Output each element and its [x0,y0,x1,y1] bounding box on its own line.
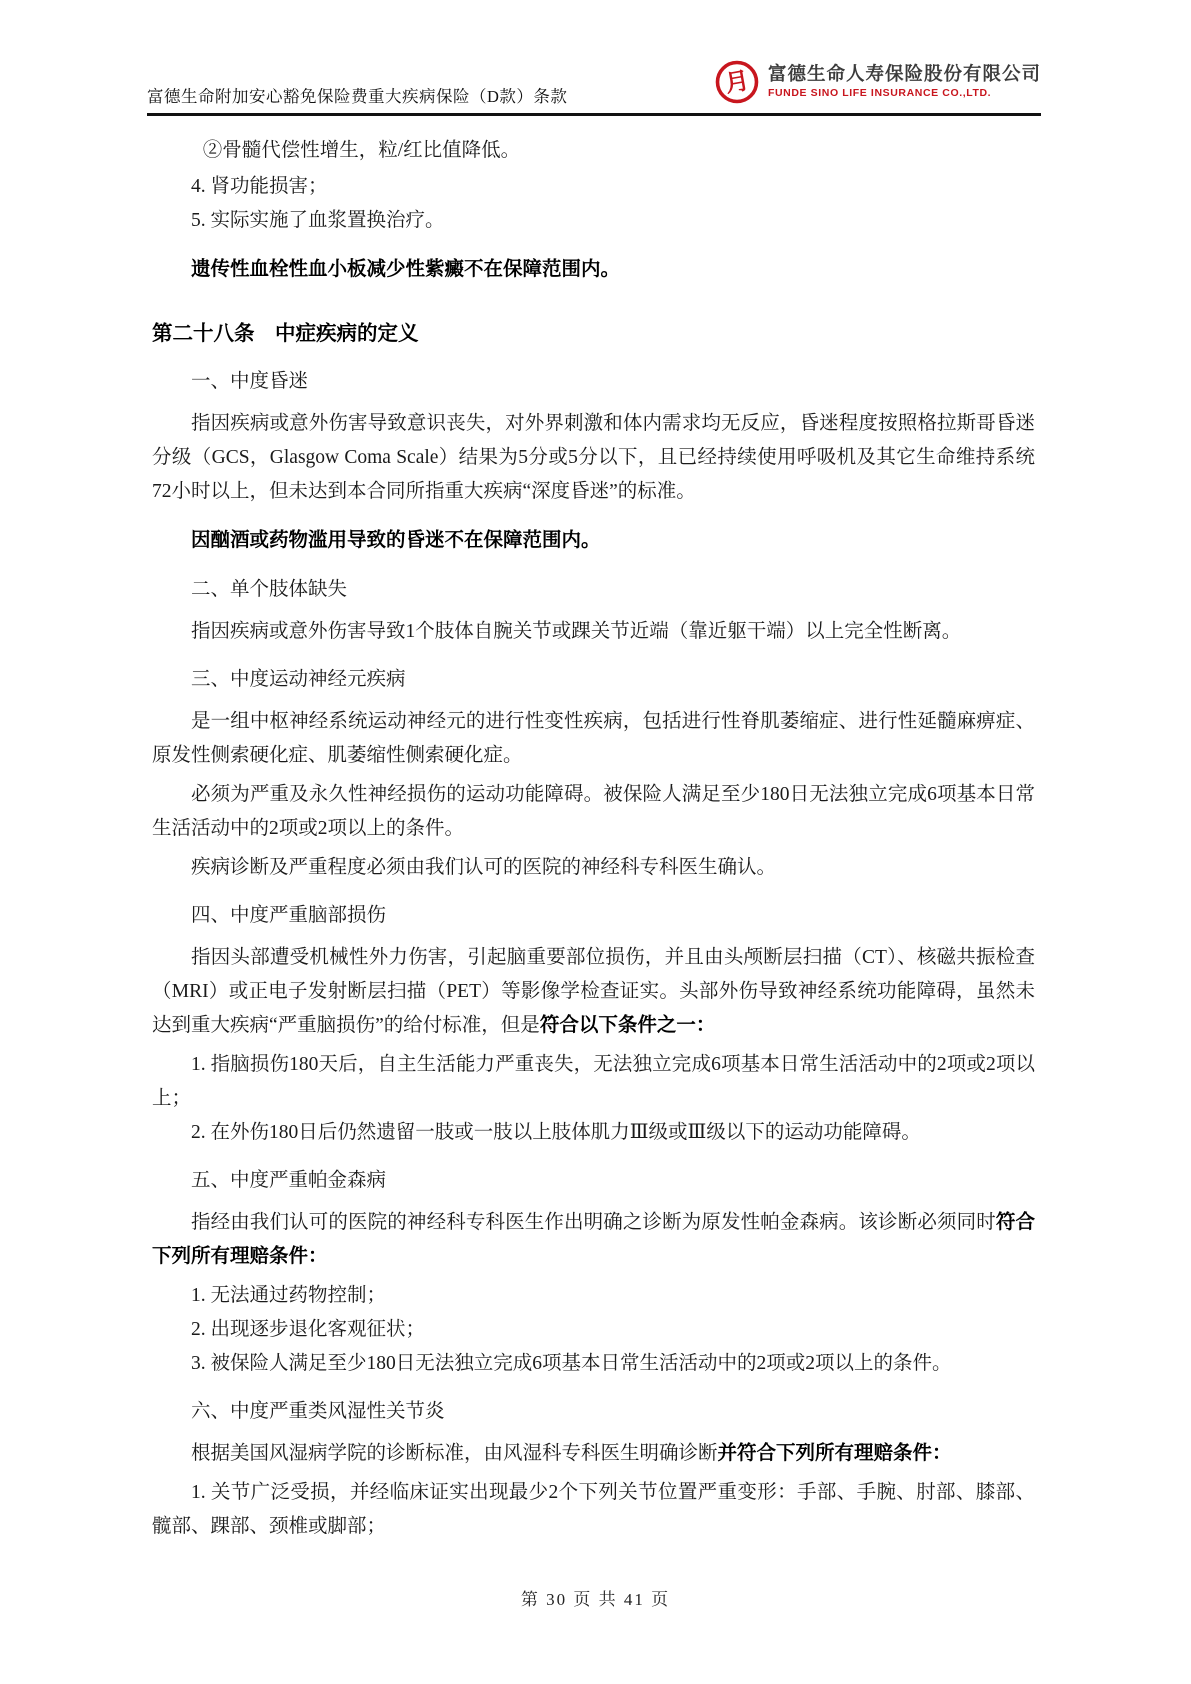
company-names: 富德生命人寿保险股份有限公司 FUNDE SINO LIFE INSURANCE… [768,65,1041,98]
paragraph: 疾病诊断及严重程度必须由我们认可的医院的神经科专科医生确认。 [152,851,1035,885]
paragraph: 指经由我们认可的医院的神经科专科医生作出明确之诊断为原发性帕金森病。该诊断必须同… [152,1206,1035,1274]
funde-seal-icon: 月 [714,59,760,105]
numbered-item: 2. 出现逐步退化客观征状； [152,1313,1035,1347]
numbered-item: 1. 无法通过药物控制； [152,1279,1035,1313]
paragraph: 指因疾病或意外伤害导致1个肢体自腕关节或踝关节近端（靠近躯干端）以上完全性断离。 [152,615,1035,649]
section-heading-article-28: 第二十八条 中症疾病的定义 [152,317,1035,351]
numbered-item: 1. 指脑损伤180天后，自主生活能力严重丧失，无法独立完成6项基本日常生活活动… [152,1048,1035,1116]
paragraph: 根据美国风湿病学院的诊断标准，由风湿科专科医生明确诊断并符合下列所有理赔条件： [152,1437,1035,1471]
sub-heading-1: 一、中度昏迷 [152,365,1035,399]
company-name-cn: 富德生命人寿保险股份有限公司 [768,65,1041,86]
sub-heading-5: 五、中度严重帕金森病 [152,1164,1035,1198]
numbered-item: 2. 在外伤180日后仍然遗留一肢或一肢以上肢体肌力Ⅲ级或Ⅲ级以下的运动功能障碍… [152,1116,1035,1150]
company-brand: 月 富德生命人寿保险股份有限公司 FUNDE SINO LIFE INSURAN… [714,59,1041,107]
document-title: 富德生命附加安心豁免保险费重大疾病保险（D款）条款 [147,83,567,107]
circled-item-2: ②骨髓代偿性增生，粒/红比值降低。 [152,134,1035,168]
page-number-footer: 第 30 页 共 41 页 [0,1585,1191,1610]
sub-heading-6: 六、中度严重类风湿性关节炎 [152,1395,1035,1429]
numbered-item: 1. 关节广泛受损，并经临床证实出现最少2个下列关节位置严重变形：手部、手腕、肘… [152,1476,1035,1544]
company-name-en: FUNDE SINO LIFE INSURANCE CO.,LTD. [768,87,1041,99]
paragraph: 指因疾病或意外伤害导致意识丧失，对外界刺激和体内需求均无反应，昏迷程度按照格拉斯… [152,407,1035,509]
svg-text:月: 月 [723,67,751,98]
numbered-item: 4. 肾功能损害； [152,170,1035,204]
paragraph: 必须为严重及永久性神经损伤的运动功能障碍。被保险人满足至少180日无法独立完成6… [152,778,1035,846]
paragraph: 指因头部遭受机械性外力伤害，引起脑重要部位损伤，并且由头颅断层扫描（CT）、核磁… [152,941,1035,1043]
paragraph: 是一组中枢神经系统运动神经元的进行性变性疾病，包括进行性脊肌萎缩症、进行性延髓麻… [152,705,1035,773]
document-body: ②骨髓代偿性增生，粒/红比值降低。4. 肾功能损害；5. 实际实施了血浆置换治疗… [152,132,1035,1544]
numbered-item: 3. 被保险人满足至少180日无法独立完成6项基本日常生活活动中的2项或2项以上… [152,1347,1035,1381]
exclusion-statement: 遗传性血栓性血小板减少性紫癜不在保障范围内。 [152,253,1035,287]
document-page: 富德生命附加安心豁免保险费重大疾病保险（D款）条款 月 富德生命人寿保险股份有限… [0,0,1191,1684]
sub-heading-2: 二、单个肢体缺失 [152,573,1035,607]
sub-heading-4: 四、中度严重脑部损伤 [152,899,1035,933]
exclusion-statement: 因酗酒或药物滥用导致的昏迷不在保障范围内。 [152,524,1035,558]
numbered-item: 5. 实际实施了血浆置换治疗。 [152,204,1035,238]
page-header: 富德生命附加安心豁免保险费重大疾病保险（D款）条款 月 富德生命人寿保险股份有限… [147,0,1041,116]
sub-heading-3: 三、中度运动神经元疾病 [152,663,1035,697]
